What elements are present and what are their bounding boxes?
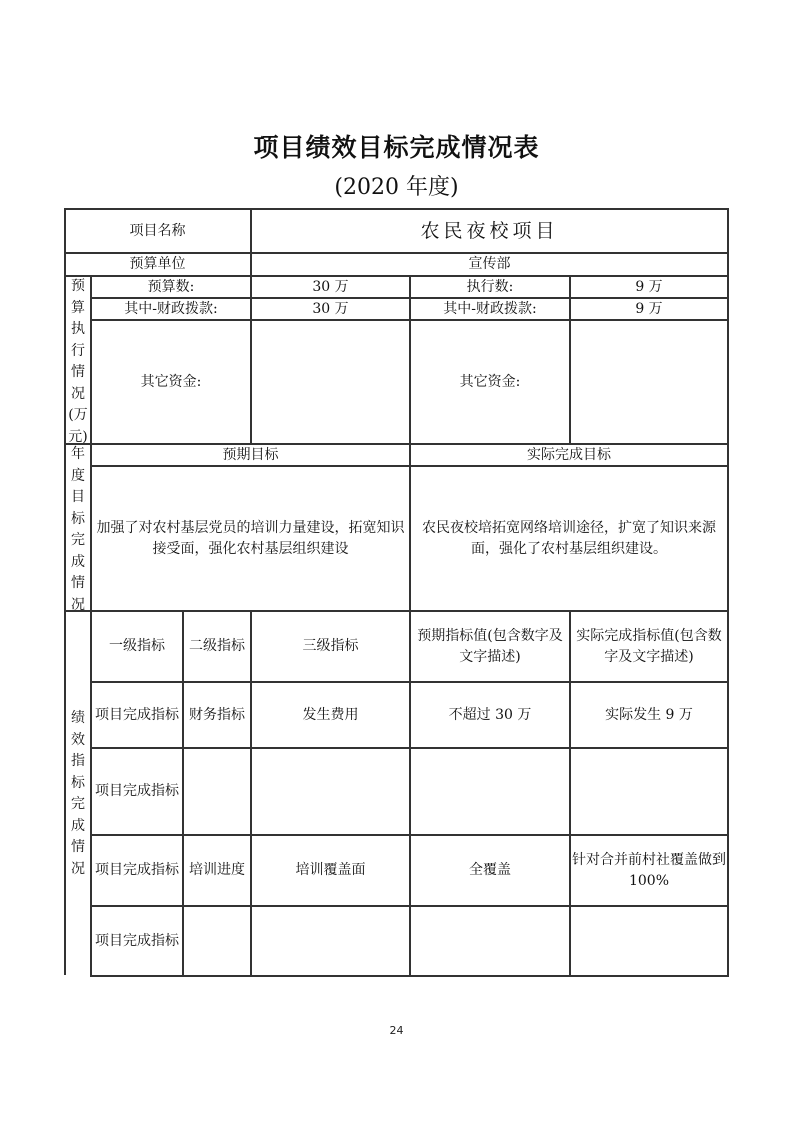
page-number: 24 [0, 1024, 793, 1037]
performance-section-label: 绩效指标完成情况 [65, 708, 91, 880]
table-row-1-level3: 发生费用 [251, 682, 410, 748]
header-actual-value: 实际完成指标值(包含数字及文字描述) [570, 611, 728, 682]
header-level1: 一级指标 [91, 611, 183, 682]
table-row-3-level2: 培训进度 [183, 835, 251, 906]
budget-amount-label: 预算数: [91, 276, 251, 298]
table-row-2-level3 [251, 748, 410, 835]
table-row-1-level1: 项目完成指标 [91, 682, 183, 748]
fiscal-label-exec: 其中-财政拨款: [410, 298, 570, 320]
header-level2: 二级指标 [183, 611, 251, 682]
other-funds-value-budget [251, 320, 410, 444]
exec-amount-label: 执行数: [410, 276, 570, 298]
budget-section-label: 预算执行情况(万元) [65, 276, 91, 448]
fiscal-value-exec: 9 万 [570, 298, 728, 320]
table-row-1-actual: 实际发生 9 万 [570, 682, 728, 748]
fiscal-label-budget: 其中-财政拨款: [91, 298, 251, 320]
table-row-4-expected [410, 906, 570, 976]
fiscal-value-budget: 30 万 [251, 298, 410, 320]
table-row-4-actual [570, 906, 728, 976]
table-row-2-expected [410, 748, 570, 835]
table-row-3-level3: 培训覆盖面 [251, 835, 410, 906]
table-row-2-actual [570, 748, 728, 835]
budget-unit-value: 宣传部 [251, 253, 728, 276]
table-row-4-level2 [183, 906, 251, 976]
other-funds-value-exec [570, 320, 728, 444]
table-row-2-level1: 项目完成指标 [91, 748, 183, 835]
header-level3: 三级指标 [251, 611, 410, 682]
table-row-4-level1: 项目完成指标 [91, 906, 183, 976]
table-row-3-expected: 全覆盖 [410, 835, 570, 906]
actual-goal-text: 农民夜校培拓宽网络培训途径，扩宽了知识来源面，强化了农村基层组织建设。 [410, 466, 728, 611]
annual-goal-section-label: 年度目标完成情况 [65, 444, 91, 616]
other-funds-label-exec: 其它资金: [410, 320, 570, 444]
table-row-3-level1: 项目完成指标 [91, 835, 183, 906]
actual-goal-header: 实际完成目标 [410, 444, 728, 466]
header-expected-value: 预期指标值(包含数字及文字描述) [410, 611, 570, 682]
table-row-4-level3 [251, 906, 410, 976]
expected-goal-text: 加强了对农村基层党员的培训力量建设，拓宽知识接受面，强化农村基层组织建设 [91, 466, 410, 611]
budget-unit-label: 预算单位 [64, 253, 251, 276]
project-name-label: 项目名称 [64, 209, 251, 253]
table-row-3-actual: 针对合并前村社覆盖做到 100% [570, 835, 728, 906]
budget-amount-value: 30 万 [251, 276, 410, 298]
expected-goal-header: 预期目标 [91, 444, 410, 466]
table-row-2-level2 [183, 748, 251, 835]
other-funds-label-budget: 其它资金: [91, 320, 251, 444]
project-name-value: 农民夜校项目 [251, 209, 728, 253]
exec-amount-value: 9 万 [570, 276, 728, 298]
table-row-1-expected: 不超过 30 万 [410, 682, 570, 748]
table-row-1-level2: 财务指标 [183, 682, 251, 748]
